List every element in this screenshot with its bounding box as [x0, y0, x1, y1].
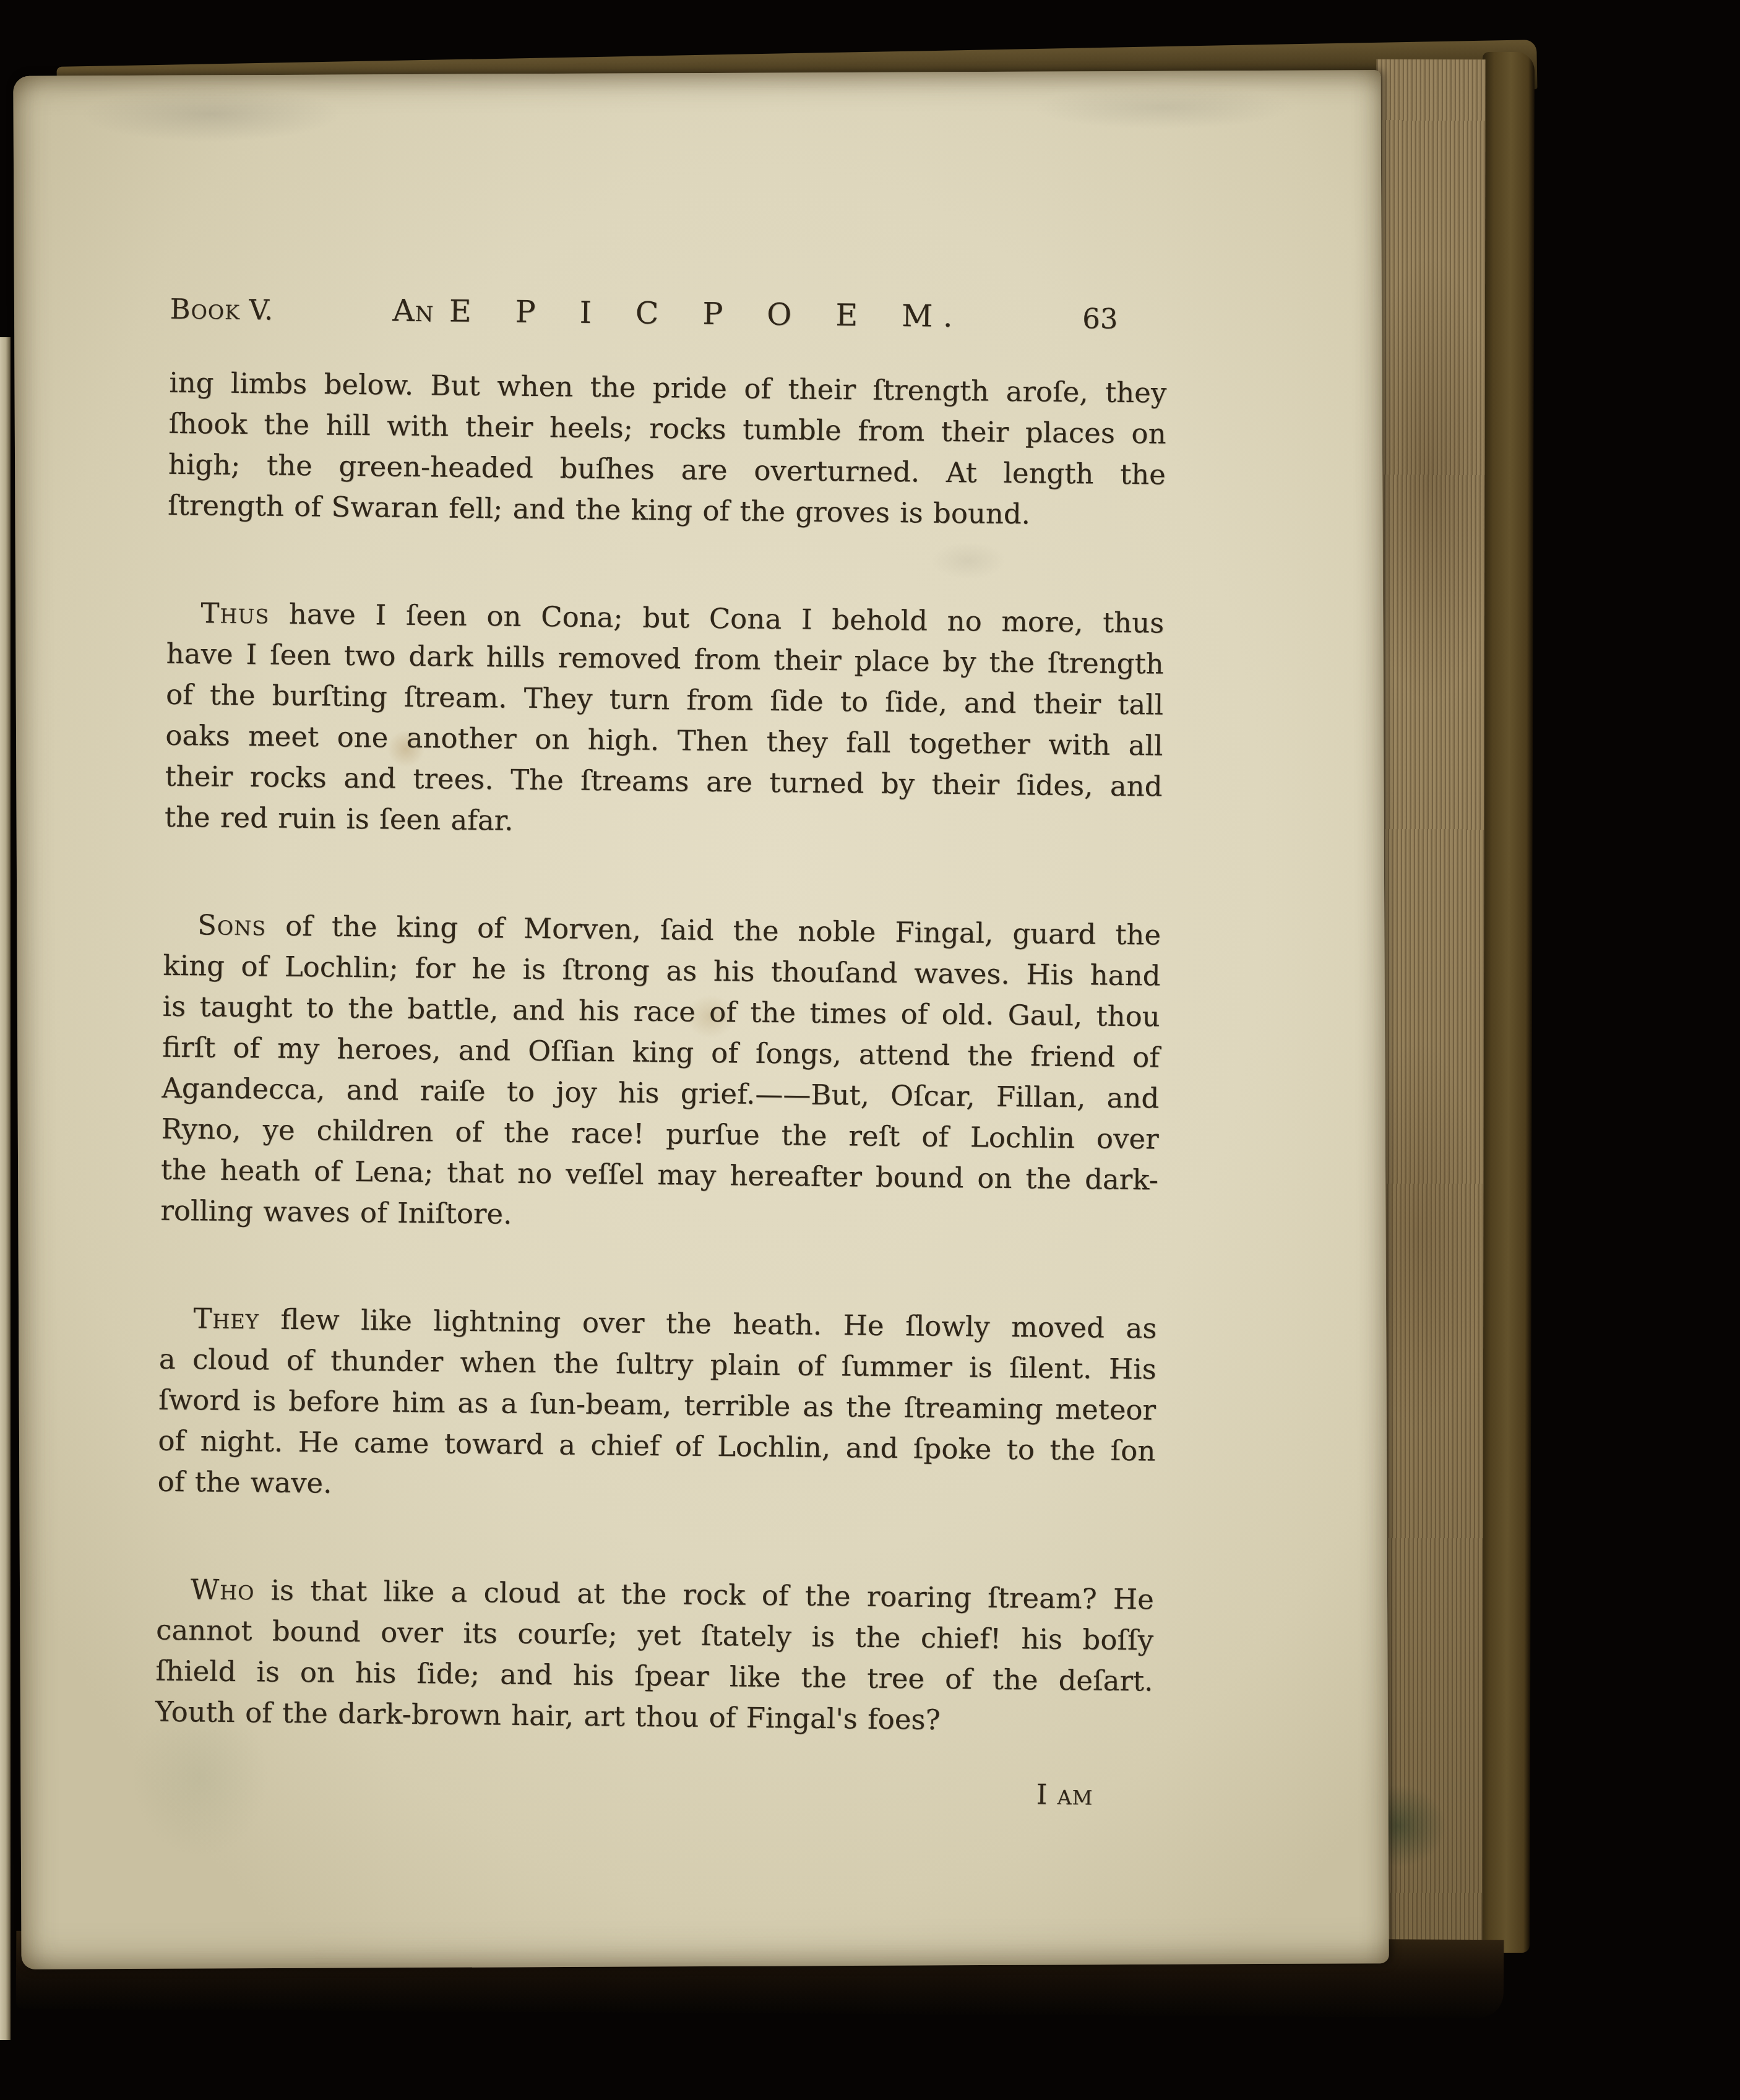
text-segment: Youth of the dark-brown hair, art thou o…: [155, 1695, 941, 1736]
page-text-block: Book V. An E P I C P O E M. 63 ing limbs…: [154, 292, 1168, 1817]
paragraph: Sons of the king of Morven, ſaid the nob…: [160, 905, 1161, 1242]
text-segment: E P I C P O E M.: [449, 293, 963, 334]
text-segment: firſt of my heroes, and Oſſian king of ſ…: [162, 1031, 1160, 1074]
text-segment: Ryno, ye children of the race! purſue th…: [161, 1112, 1158, 1156]
text-segment: ing limbs below. But when the pride of t…: [169, 366, 1166, 410]
text-segment: is taught to the battle, and his race of…: [162, 990, 1160, 1033]
text-segment: have I ſeen on Cona; but Cona I behold n…: [269, 597, 1165, 639]
text-segment: I am: [1036, 1778, 1093, 1811]
text-segment: have I ſeen two dark hills removed from …: [166, 637, 1163, 681]
photo-black-background: { "book": { "header": { "left_segments":…: [0, 0, 1740, 2100]
text-segment: of the king of Morven, ſaid the noble Fi…: [266, 909, 1161, 951]
text-segment: oaks meet one another on high. Then they…: [165, 719, 1163, 762]
page-header: Book V. An E P I C P O E M. 63: [170, 292, 1167, 336]
text-segment: the heath of Lena; that no veſſel may he…: [161, 1153, 1158, 1197]
text-segment: Agandecca, and raiſe to joy his grief.——…: [162, 1072, 1159, 1115]
paragraph: Thus have I ſeen on Cona; but Cona I beh…: [165, 593, 1165, 848]
text-segment: ſhook the hill with their heels; rocks t…: [168, 407, 1166, 450]
header-page-number: 63: [1082, 303, 1168, 335]
text-segment: cannot bound over its courſe; yet ſtatel…: [156, 1614, 1153, 1657]
text-segment: their rocks and trees. The ſtreams are t…: [165, 760, 1162, 803]
text-segment: Who: [191, 1573, 255, 1606]
text-segment: is that like a cloud at the rock of the …: [254, 1573, 1154, 1616]
catchword: I am: [154, 1765, 1152, 1816]
header-title: An E P I C P O E M.: [273, 293, 1083, 335]
book-cover-right-edge: [1478, 52, 1535, 1953]
text-segment: Thus: [200, 596, 269, 630]
paragraph: They flew like lightning over the heath.…: [157, 1298, 1156, 1513]
book-fore-edge-pages: [1373, 59, 1485, 1954]
text-segment: ſhield is on his ſide; and his ſpear lik…: [155, 1655, 1153, 1698]
paper-stain: [1034, 85, 1294, 130]
text-segment: flew like lightning over the heath. He ſ…: [259, 1302, 1157, 1345]
text-segment: rolling waves of Iniſtore.: [160, 1194, 512, 1231]
text-segment: They: [193, 1302, 259, 1335]
facing-page-edge: [0, 337, 11, 2040]
text-segment: Book: [170, 293, 240, 326]
text-segment: king of Lochlin; for he is ſtrong as his…: [163, 949, 1160, 992]
paragraph: Who is that like a cloud at the rock of …: [155, 1569, 1154, 1743]
text-segment: An: [392, 293, 434, 329]
text-segment: Sons: [197, 908, 267, 942]
page-body: ing limbs below. But when the pride of t…: [155, 363, 1166, 1743]
text-segment: V.: [240, 293, 273, 327]
text-segment: ſtrength of Swaran fell; and the king of…: [168, 489, 1030, 531]
text-segment: [434, 293, 449, 329]
text-segment: of the burſting ſtream. They turn from ſ…: [166, 678, 1163, 721]
text-segment: a cloud of thunder when the ſultry plain…: [159, 1343, 1156, 1386]
text-segment: of night. He came toward a chief of Loch…: [158, 1424, 1155, 1468]
paragraph: ing limbs below. But when the pride of t…: [168, 363, 1167, 536]
book-page: Book V. An E P I C P O E M. 63 ing limbs…: [13, 70, 1389, 1969]
text-segment: the red ruin is ſeen afar.: [165, 801, 514, 837]
paper-stain: [81, 86, 341, 143]
text-segment: high; the green-headed buſhes are overtu…: [168, 448, 1166, 491]
text-segment: of the wave.: [157, 1465, 332, 1500]
text-segment: ſword is before him as a ſun-beam, terri…: [158, 1384, 1156, 1427]
header-book-chapter: Book V.: [170, 294, 273, 325]
